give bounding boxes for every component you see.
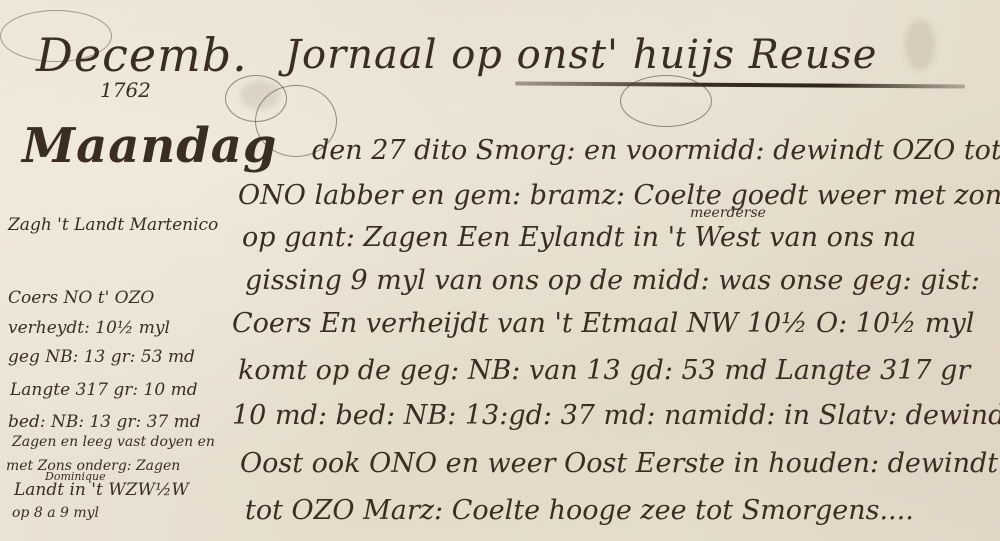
entry-line: komt op de geg: NB: van 13 gd: 53 md Lan… [238,355,970,386]
entry-line: tot OZO Marz: Coelte hooge zee tot Smorg… [245,495,914,526]
entry-day: Maandag [22,118,277,174]
entry-line: 10 md: bed: NB: 13:gd: 37 md: namidd: in… [232,400,1000,431]
margin-note: op 8 a 9 myl [12,505,99,521]
interlinear-note: meerderse [690,205,766,221]
margin-note: bed: NB: 13 gr: 37 md [8,412,201,432]
margin-note: Zagh 't Landt Martenico [8,215,218,235]
header-year: 1762 [100,78,151,102]
margin-note: verheydt: 10½ myl [8,318,170,338]
entry-line: Oost ook ONO en weer Oost Eerste in houd… [240,448,1000,479]
margin-note: Coers NO t' OZO [8,288,154,308]
manuscript-page: Decemb. Jornaal op onst' huijs Reuse 176… [0,0,1000,541]
entry-line: op gant: Zagen Een Eylandt in 't West va… [242,222,916,253]
paper-stain [905,20,935,70]
flourish-decoration [620,75,712,127]
margin-note: Zagen en leeg vast doyen en [12,434,215,450]
margin-note: Landt in 't WZW½W [14,480,189,500]
flourish-decoration [0,10,112,62]
margin-note: geg NB: 13 gr: 53 md [8,347,195,367]
entry-line: Coers En verheijdt van 't Etmaal NW 10½ … [232,308,974,339]
header-title: Jornaal op onst' huijs Reuse [285,32,877,78]
margin-note: Langte 317 gr: 10 md [10,380,198,400]
entry-line: gissing 9 myl van ons op de midd: was on… [245,265,980,296]
entry-line: den 27 dito Smorg: en voormidd: dewindt … [312,135,1000,166]
entry-line: ONO labber en gem: bramz: Coelte goedt w… [238,180,1000,211]
header-underline [515,81,965,88]
